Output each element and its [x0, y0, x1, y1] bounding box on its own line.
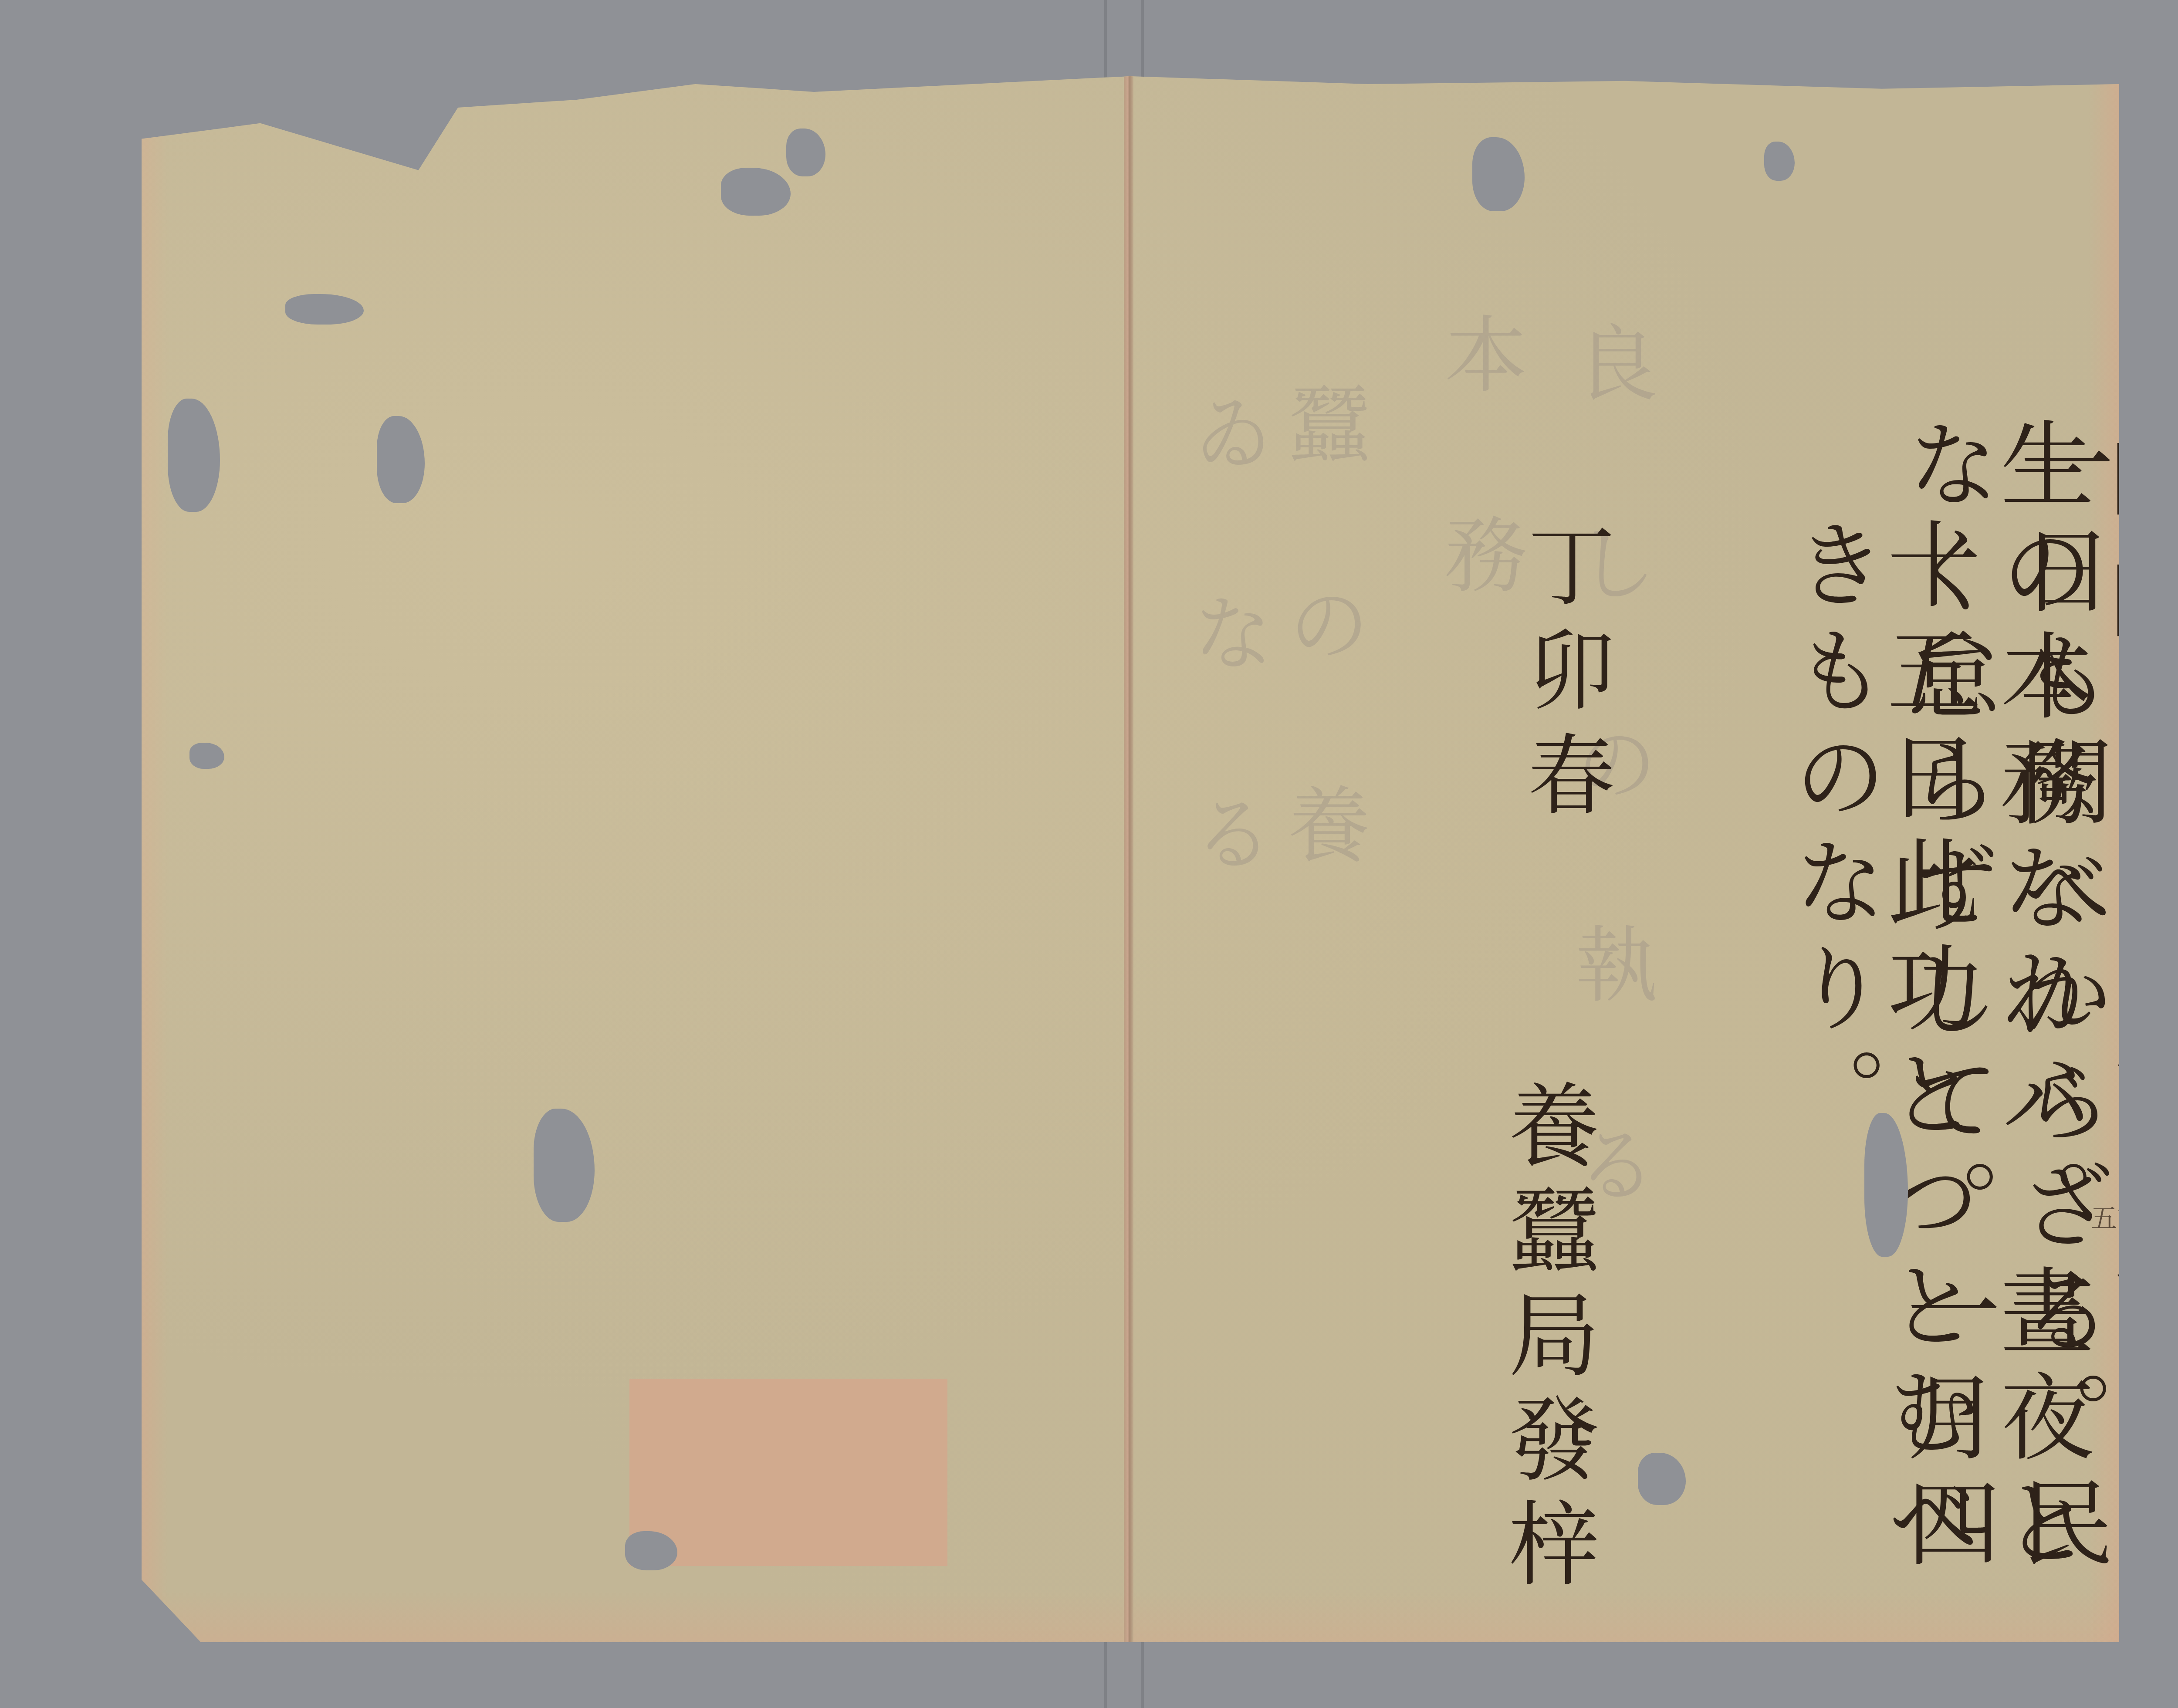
right-page: 本 務 良 し の 執 る 蠶 の 養 ゐ な る □□へもし農と業とハ。一日も…	[1133, 76, 2119, 1642]
publisher-colophon: 養蠶局發梓	[1501, 1078, 1592, 1601]
wormhole	[1472, 137, 1525, 211]
repair-patch	[629, 1379, 947, 1566]
text-column-3: 十五日此功とつとむべきものなり。	[1786, 516, 1973, 1642]
bleed-through-text: 本 務	[1437, 311, 1520, 612]
wormhole	[189, 743, 224, 769]
left-page	[142, 76, 1128, 1642]
wormhole	[377, 416, 425, 503]
date-colophon: 丁卯春	[1520, 521, 1607, 834]
book-spread: 本 務 良 し の 執 る 蠶 の 養 ゐ な る □□へもし農と業とハ。一日も…	[142, 76, 2119, 1642]
wormhole	[1638, 1453, 1686, 1505]
book-spine	[1124, 76, 1133, 1642]
wormhole	[534, 1109, 595, 1222]
wormhole	[285, 294, 364, 325]
wormhole	[168, 399, 220, 512]
bleed-through-text: 蠶 の 養	[1281, 381, 1363, 882]
wormhole	[721, 168, 791, 216]
edge-page-mark: 五	[2091, 1198, 2117, 1235]
wormhole	[1764, 142, 1795, 181]
wormhole	[786, 129, 825, 176]
bleed-through-text: ゐ な る	[1185, 390, 1268, 891]
